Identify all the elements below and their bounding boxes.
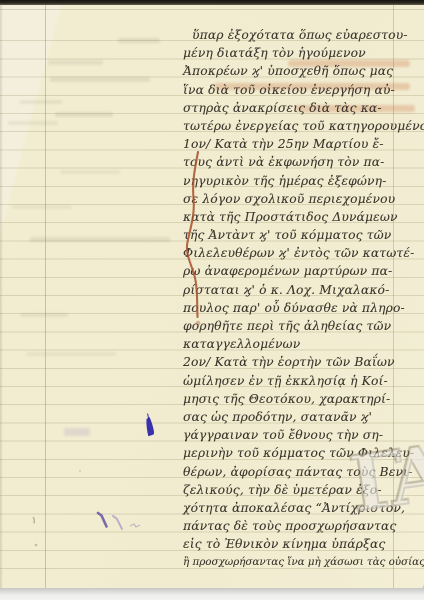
purple-ink-stroke [98,513,107,527]
small-ink-mark [33,517,34,524]
red-margin-mark-tail [196,321,201,326]
page-top-edge [0,0,424,5]
red-margin-mark [187,152,198,317]
manuscript-page: ὕπαρ ἐξοχότατα ὅπως εὐαρεστου-μένη διατά… [0,0,424,590]
archive-watermark-icon: ΓΑΚ [345,425,424,523]
scan-bottom-strip [0,588,424,600]
paper-speck [35,544,38,547]
small-ink-mark [130,524,140,527]
paper-speck [79,470,81,472]
scan-background: ὕπαρ ἐξοχότατα ὅπως εὐαρεστου-μένη διατά… [0,0,424,600]
blue-ink-blot [146,417,154,436]
purple-ink-stroke [113,516,122,529]
